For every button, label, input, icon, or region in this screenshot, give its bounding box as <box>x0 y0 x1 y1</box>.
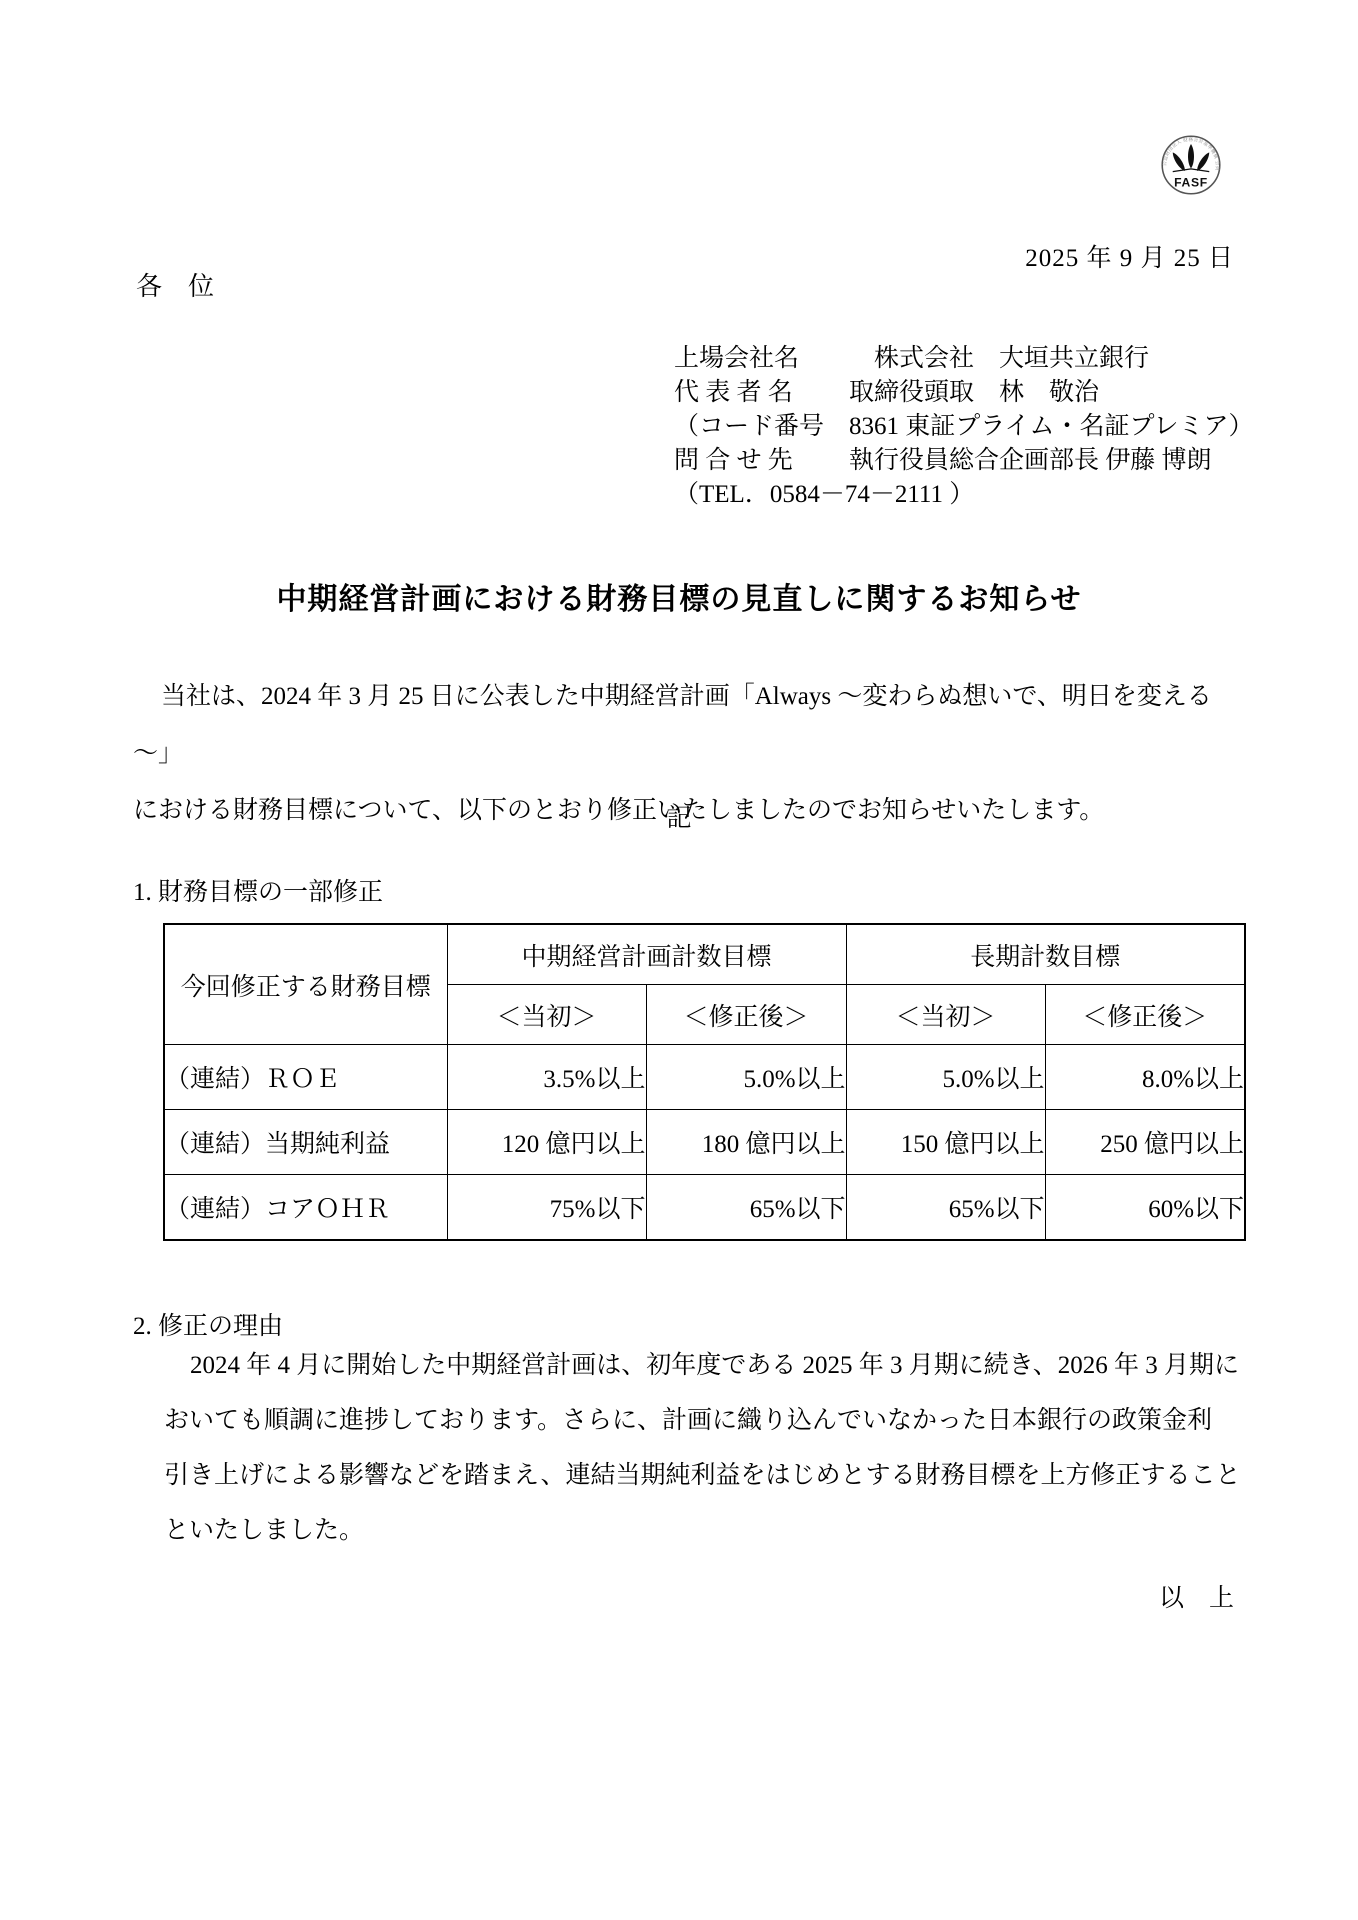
value-cell: 5.0%以上 <box>846 1045 1045 1110</box>
company-info-line: 代 表 者 名 取締役頭取 林 敬治 <box>674 376 1254 410</box>
fasf-logo: 公益財団法人 財務会計基準機構 会員 FASF <box>1160 134 1222 196</box>
value-cell: 5.0%以上 <box>646 1045 846 1110</box>
section1-heading: 1. 財務目標の一部修正 <box>133 872 383 908</box>
section2-body: 2024 年 4 月に開始した中期経営計画は、初年度である 2025 年 3 月… <box>164 1338 1244 1558</box>
note-mark: 記 <box>0 798 1358 834</box>
logo-fasf-label: FASF <box>1174 176 1208 190</box>
section2-line: 2024 年 4 月に開始した中期経営計画は、初年度である 2025 年 3 月… <box>164 1338 1244 1393</box>
value-cell: 150 億円以上 <box>846 1110 1045 1175</box>
table-header-row: 今回修正する財務目標 中期経営計画計数目標 長期計数目標 <box>164 924 1245 985</box>
group-header-longterm: 長期計数目標 <box>846 924 1245 985</box>
section2-line: といたしました。 <box>164 1503 1244 1558</box>
document-date: 2025 年 9 月 25 日 <box>1025 238 1234 274</box>
closing-mark: 以 上 <box>1159 1578 1234 1614</box>
company-info-line: 問 合 せ 先 執行役員総合企画部長 伊藤 博朗 <box>674 444 1254 478</box>
value-cell: 60%以下 <box>1045 1175 1245 1241</box>
subheader-cell: ＜修正後＞ <box>646 985 846 1045</box>
value-cell: 65%以下 <box>646 1175 846 1241</box>
value-cell: 65%以下 <box>846 1175 1045 1241</box>
value-cell: 75%以下 <box>447 1175 646 1241</box>
table-row: （連結）コアＯＨＲ 75%以下 65%以下 65%以下 60%以下 <box>164 1175 1245 1241</box>
company-info-block: 上場会社名 株式会社 大垣共立銀行 代 表 者 名 取締役頭取 林 敬治 （コー… <box>674 342 1254 512</box>
row-label-cell: （連結）ＲＯＥ <box>164 1045 447 1110</box>
value-cell: 8.0%以上 <box>1045 1045 1245 1110</box>
financial-targets-table: 今回修正する財務目標 中期経営計画計数目標 長期計数目標 ＜当初＞ ＜修正後＞ … <box>163 923 1246 1241</box>
table-row: （連結）ＲＯＥ 3.5%以上 5.0%以上 5.0%以上 8.0%以上 <box>164 1045 1245 1110</box>
section2-line: 引き上げによる影響などを踏まえ、連結当期純利益をはじめとする財務目標を上方修正す… <box>164 1448 1244 1503</box>
row-label-cell: （連結）コアＯＨＲ <box>164 1175 447 1241</box>
document-page: 公益財団法人 財務会計基準機構 会員 FASF 2025 年 9 月 25 日 … <box>0 0 1358 1920</box>
corner-header-cell: 今回修正する財務目標 <box>164 924 447 1045</box>
value-cell: 3.5%以上 <box>447 1045 646 1110</box>
group-header-midterm: 中期経営計画計数目標 <box>447 924 846 985</box>
company-info-line: （コード番号 8361 東証プライム・名証プレミア） <box>674 410 1254 444</box>
row-label-cell: （連結）当期純利益 <box>164 1110 447 1175</box>
subheader-cell: ＜当初＞ <box>447 985 646 1045</box>
section2-heading: 2. 修正の理由 <box>133 1306 283 1342</box>
section2-line: おいても順調に進捗しております。さらに、計画に織り込んでいなかった日本銀行の政策… <box>164 1393 1244 1448</box>
subheader-cell: ＜当初＞ <box>846 985 1045 1045</box>
document-title: 中期経営計画における財務目標の見直しに関するお知らせ <box>0 574 1358 618</box>
table-row: （連結）当期純利益 120 億円以上 180 億円以上 150 億円以上 250… <box>164 1110 1245 1175</box>
company-info-line: （TEL．0584－74－2111 ） <box>674 478 1254 512</box>
intro-line: 当社は、2024 年 3 月 25 日に公表した中期経営計画「Always ～変… <box>133 668 1247 782</box>
value-cell: 180 億円以上 <box>646 1110 846 1175</box>
value-cell: 250 億円以上 <box>1045 1110 1245 1175</box>
value-cell: 120 億円以上 <box>447 1110 646 1175</box>
fasf-logo-icon: 公益財団法人 財務会計基準機構 会員 FASF <box>1160 134 1222 196</box>
recipient-line: 各 位 <box>136 266 214 303</box>
company-info-line: 上場会社名 株式会社 大垣共立銀行 <box>674 342 1254 376</box>
subheader-cell: ＜修正後＞ <box>1045 985 1245 1045</box>
